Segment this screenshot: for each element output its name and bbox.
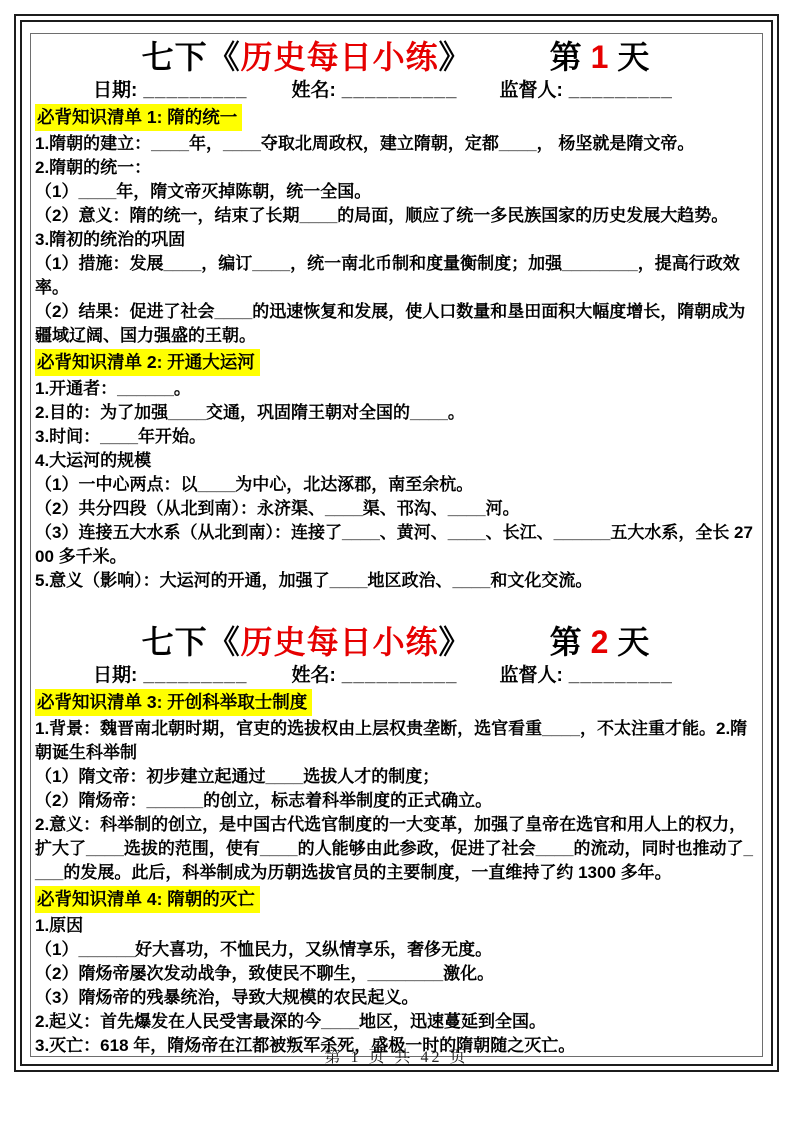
- text-line: 2.意义：科举制的创立，是中国古代选官制度的一大变革，加强了皇帝在选官和用人上的…: [35, 813, 757, 885]
- fields-row: 日期:_________姓名:__________监督人:_________: [35, 665, 757, 687]
- field-blank-line: _________: [569, 665, 673, 686]
- content-area: 七下《历史每日小练》第1天日期:_________姓名:__________监督…: [30, 33, 763, 1057]
- text-line: （1）隋文帝：初步建立起通过____选拔人才的制度；: [35, 765, 757, 789]
- field-date: 日期:_________: [93, 80, 247, 102]
- day-label-prefix: 第: [550, 39, 583, 75]
- field-blank-line: __________: [342, 665, 458, 686]
- day-label: 第2天: [550, 623, 651, 661]
- section-header-row: 必背知识清单 3: 开创科举取士制度: [35, 689, 757, 717]
- day-block: 七下《历史每日小练》第2天日期:_________姓名:__________监督…: [35, 623, 757, 1058]
- text-line: （2）隋炀帝：______的创立，标志着科举制度的正式确立。: [35, 789, 757, 813]
- day-label-prefix: 第: [550, 624, 583, 660]
- field-supervisor: 监督人:_________: [499, 665, 672, 687]
- text-line: （2）共分四段（从北到南）：永济渠、____渠、邗沟、____河。: [35, 497, 757, 521]
- text-line: 2.隋朝的统一：: [35, 156, 757, 180]
- field-blank-line: _________: [143, 665, 247, 686]
- field-blank-line: _________: [143, 80, 247, 101]
- text-line: 1.原因: [35, 914, 757, 938]
- section-header: 必背知识清单 3: 开创科举取士制度: [35, 689, 312, 716]
- field-name: 姓名:__________: [291, 665, 457, 687]
- text-line: 4.大运河的规模: [35, 449, 757, 473]
- text-line: 2.目的：为了加强____交通，巩固隋王朝对全国的____。: [35, 401, 757, 425]
- title-highlight: 历史每日小练: [241, 38, 439, 76]
- title-highlight: 历史每日小练: [241, 623, 439, 661]
- text-line: （1）______好大喜功，不恤民力，又纵情享乐，奢侈无度。: [35, 938, 757, 962]
- day-number: 2: [591, 624, 610, 660]
- page-number: 第 1 页 共 42 页: [0, 1044, 793, 1067]
- title-text: 》: [439, 38, 472, 76]
- text-line: （1）措施：发展____，编订____，统一南北币制和度量衡制度；加强_____…: [35, 252, 757, 300]
- field-label: 监督人:: [499, 80, 562, 101]
- section-header-row: 必背知识清单 2: 开通大运河: [35, 349, 757, 377]
- text-line: 5.意义（影响）：大运河的开通，加强了____地区政治、____和文化交流。: [35, 569, 757, 593]
- section-header: 必背知识清单 1: 隋的统一: [35, 104, 242, 131]
- field-date: 日期:_________: [93, 665, 247, 687]
- section-header: 必背知识清单 2: 开通大运河: [35, 349, 260, 376]
- fields-row: 日期:_________姓名:__________监督人:_________: [35, 80, 757, 102]
- field-blank-line: _________: [569, 80, 673, 101]
- text-line: （3）隋炀帝的残暴统治，导致大规模的农民起义。: [35, 986, 757, 1010]
- text-line: 2.起义：首先爆发在人民受害最深的今____地区，迅速蔓延到全国。: [35, 1010, 757, 1034]
- text-line: （2）意义：隋的统一，结束了长期____的局面，顺应了统一多民族国家的历史发展大…: [35, 204, 757, 228]
- day-label-suffix: 天: [617, 39, 650, 75]
- section-header: 必背知识清单 4: 隋朝的灭亡: [35, 886, 260, 913]
- text-line: （1）一中心两点：以____为中心，北达涿郡，南至余杭。: [35, 473, 757, 497]
- day-label-suffix: 天: [617, 624, 650, 660]
- worksheet-page: 七下《历史每日小练》第1天日期:_________姓名:__________监督…: [0, 0, 793, 1122]
- title-text: 七下《: [142, 623, 241, 661]
- day-title-row: 七下《历史每日小练》第1天: [35, 38, 757, 76]
- field-label: 监督人:: [499, 665, 562, 686]
- text-line: 1.背景：魏晋南北朝时期，官吏的选拔权由上层权贵垄断，选官看重____，不太注重…: [35, 717, 757, 765]
- day-number: 1: [591, 39, 610, 75]
- text-line: 3.隋初的统治的巩固: [35, 228, 757, 252]
- text-line: 3.时间：____年开始。: [35, 425, 757, 449]
- day-label: 第1天: [550, 38, 651, 76]
- section-header-row: 必背知识清单 4: 隋朝的灭亡: [35, 886, 757, 914]
- text-line: （2）隋炀帝屡次发动战争，致使民不聊生，________激化。: [35, 962, 757, 986]
- day-title-row: 七下《历史每日小练》第2天: [35, 623, 757, 661]
- days-container: 七下《历史每日小练》第1天日期:_________姓名:__________监督…: [35, 38, 757, 1058]
- field-label: 姓名:: [291, 665, 335, 686]
- text-line: （3）连接五大水系（从北到南）：连接了____、黄河、____、长江、_____…: [35, 521, 757, 569]
- field-name: 姓名:__________: [291, 80, 457, 102]
- title-text: 》: [439, 623, 472, 661]
- text-line: 1.隋朝的建立：____年，____夺取北周政权，建立隋朝，定都____， 杨坚…: [35, 132, 757, 156]
- field-label: 日期:: [93, 80, 137, 101]
- field-label: 日期:: [93, 665, 137, 686]
- field-label: 姓名:: [291, 80, 335, 101]
- text-line: （2）结果：促进了社会____的迅速恢复和发展，使人口数量和垦田面积大幅度增长，…: [35, 300, 757, 348]
- field-blank-line: __________: [342, 80, 458, 101]
- text-line: 1.开通者：______。: [35, 377, 757, 401]
- field-supervisor: 监督人:_________: [499, 80, 672, 102]
- title-text: 七下《: [142, 38, 241, 76]
- text-line: （1）____年，隋文帝灭掉陈朝，统一全国。: [35, 180, 757, 204]
- section-header-row: 必背知识清单 1: 隋的统一: [35, 104, 757, 132]
- day-block: 七下《历史每日小练》第1天日期:_________姓名:__________监督…: [35, 38, 757, 593]
